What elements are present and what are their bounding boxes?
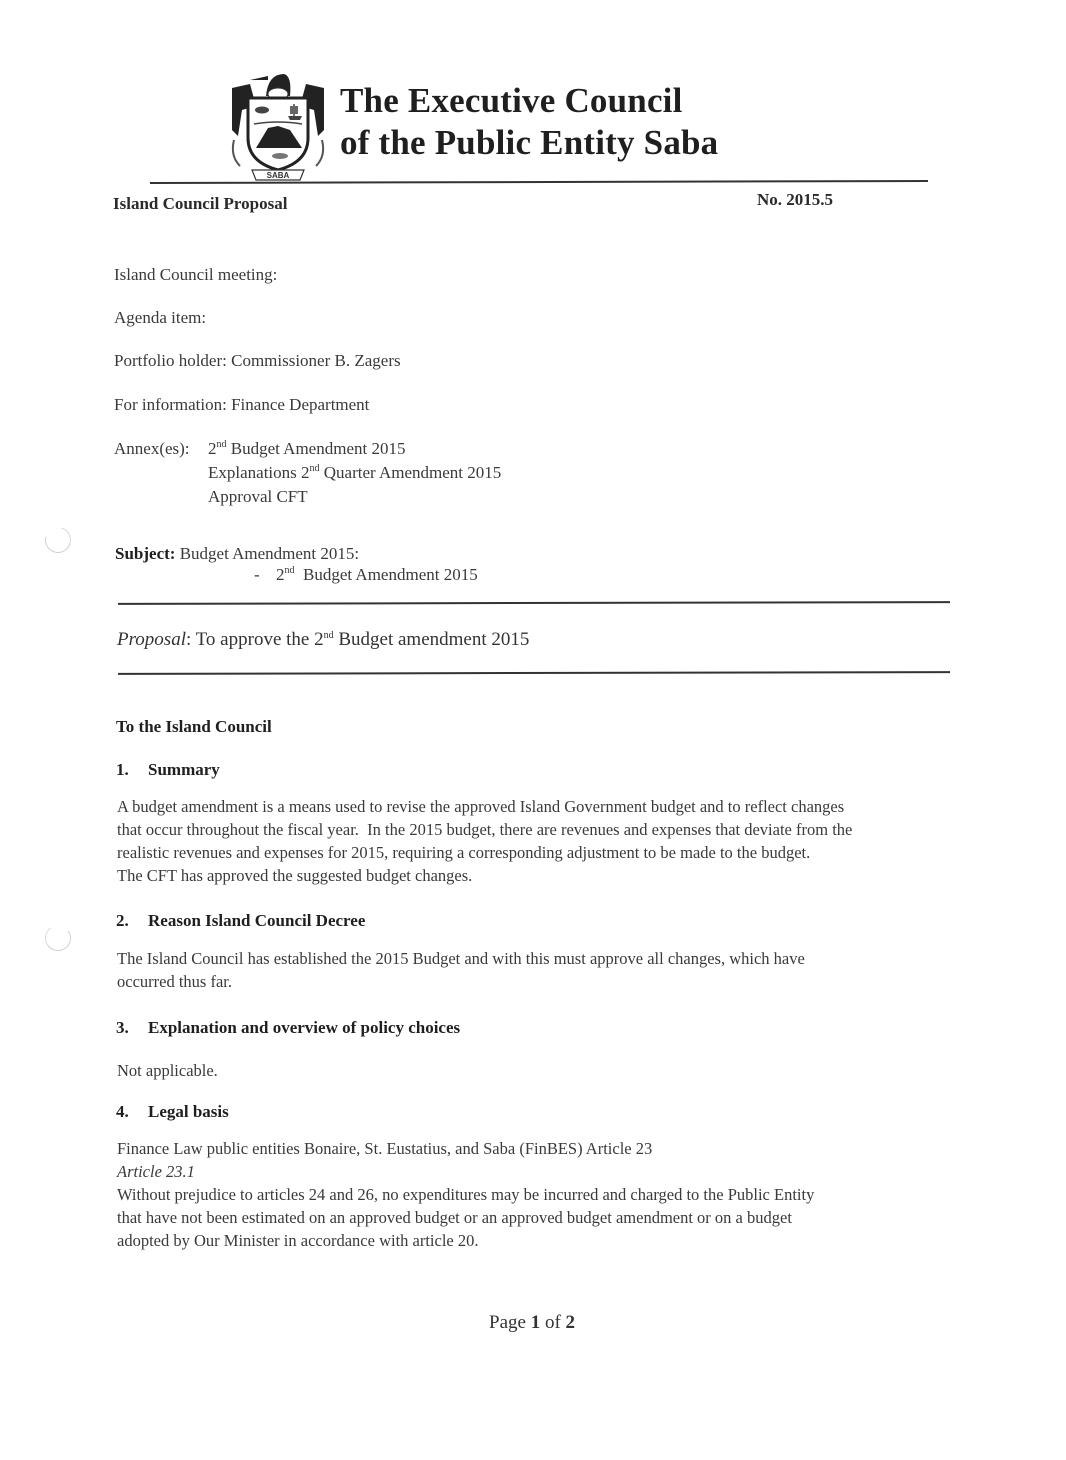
for-information-field: For information: Finance Department <box>114 395 369 415</box>
section-heading-summary: 1.Summary <box>116 760 220 780</box>
policy-paragraph: Not applicable. <box>117 1059 1007 1082</box>
annex-item: Explanations 2nd Quarter Amendment 2015 <box>208 461 501 485</box>
article-reference: Article 23.1 <box>117 1160 1007 1183</box>
annex-list: 2nd Budget Amendment 2015 Explanations 2… <box>208 437 501 509</box>
annex-label: Annex(es): <box>114 439 190 459</box>
meeting-field: Island Council meeting: <box>114 265 277 285</box>
proposal-number: No. 2015.5 <box>757 190 833 210</box>
section-heading-legal: 4.Legal basis <box>116 1102 229 1122</box>
annex-item: 2nd Budget Amendment 2015 <box>208 437 501 461</box>
annex-item: Approval CFT <box>208 485 501 509</box>
subject-label: Subject: <box>115 544 175 563</box>
proposal-label: Proposal <box>117 629 186 650</box>
section-heading-reason: 2.Reason Island Council Decree <box>116 911 365 931</box>
divider <box>118 601 950 604</box>
portfolio-holder-field: Portfolio holder: Commissioner B. Zagers <box>114 351 401 371</box>
legal-paragraph: Finance Law public entities Bonaire, St.… <box>117 1137 1007 1252</box>
subject-item: -2nd Budget Amendment 2015 <box>254 565 478 585</box>
summary-paragraph: A budget amendment is a means used to re… <box>117 795 1007 887</box>
punch-hole-mark <box>40 522 76 558</box>
legal-intro: Finance Law public entities Bonaire, St.… <box>117 1137 1007 1160</box>
letterhead-title-line1: The Executive Council <box>340 80 718 122</box>
agenda-item-field: Agenda item: <box>114 308 206 328</box>
reason-paragraph: The Island Council has established the 2… <box>117 947 1007 993</box>
svg-text:SABA: SABA <box>267 171 290 180</box>
letterhead-title: The Executive Council of the Public Enti… <box>340 80 718 164</box>
page-number: Page 1 of 2 <box>489 1312 575 1334</box>
subject-line: Subject: Budget Amendment 2015: <box>115 544 359 564</box>
addressee: To the Island Council <box>116 717 272 737</box>
punch-hole-mark <box>43 923 73 953</box>
document-type: Island Council Proposal <box>113 194 287 214</box>
proposal-statement: Proposal: To approve the 2nd Budget amen… <box>117 629 529 651</box>
saba-coat-of-arms-icon: SABA <box>228 66 328 182</box>
section-heading-policy: 3.Explanation and overview of policy cho… <box>116 1018 460 1038</box>
divider <box>118 671 950 674</box>
letterhead-title-line2: of the Public Entity Saba <box>340 122 718 164</box>
